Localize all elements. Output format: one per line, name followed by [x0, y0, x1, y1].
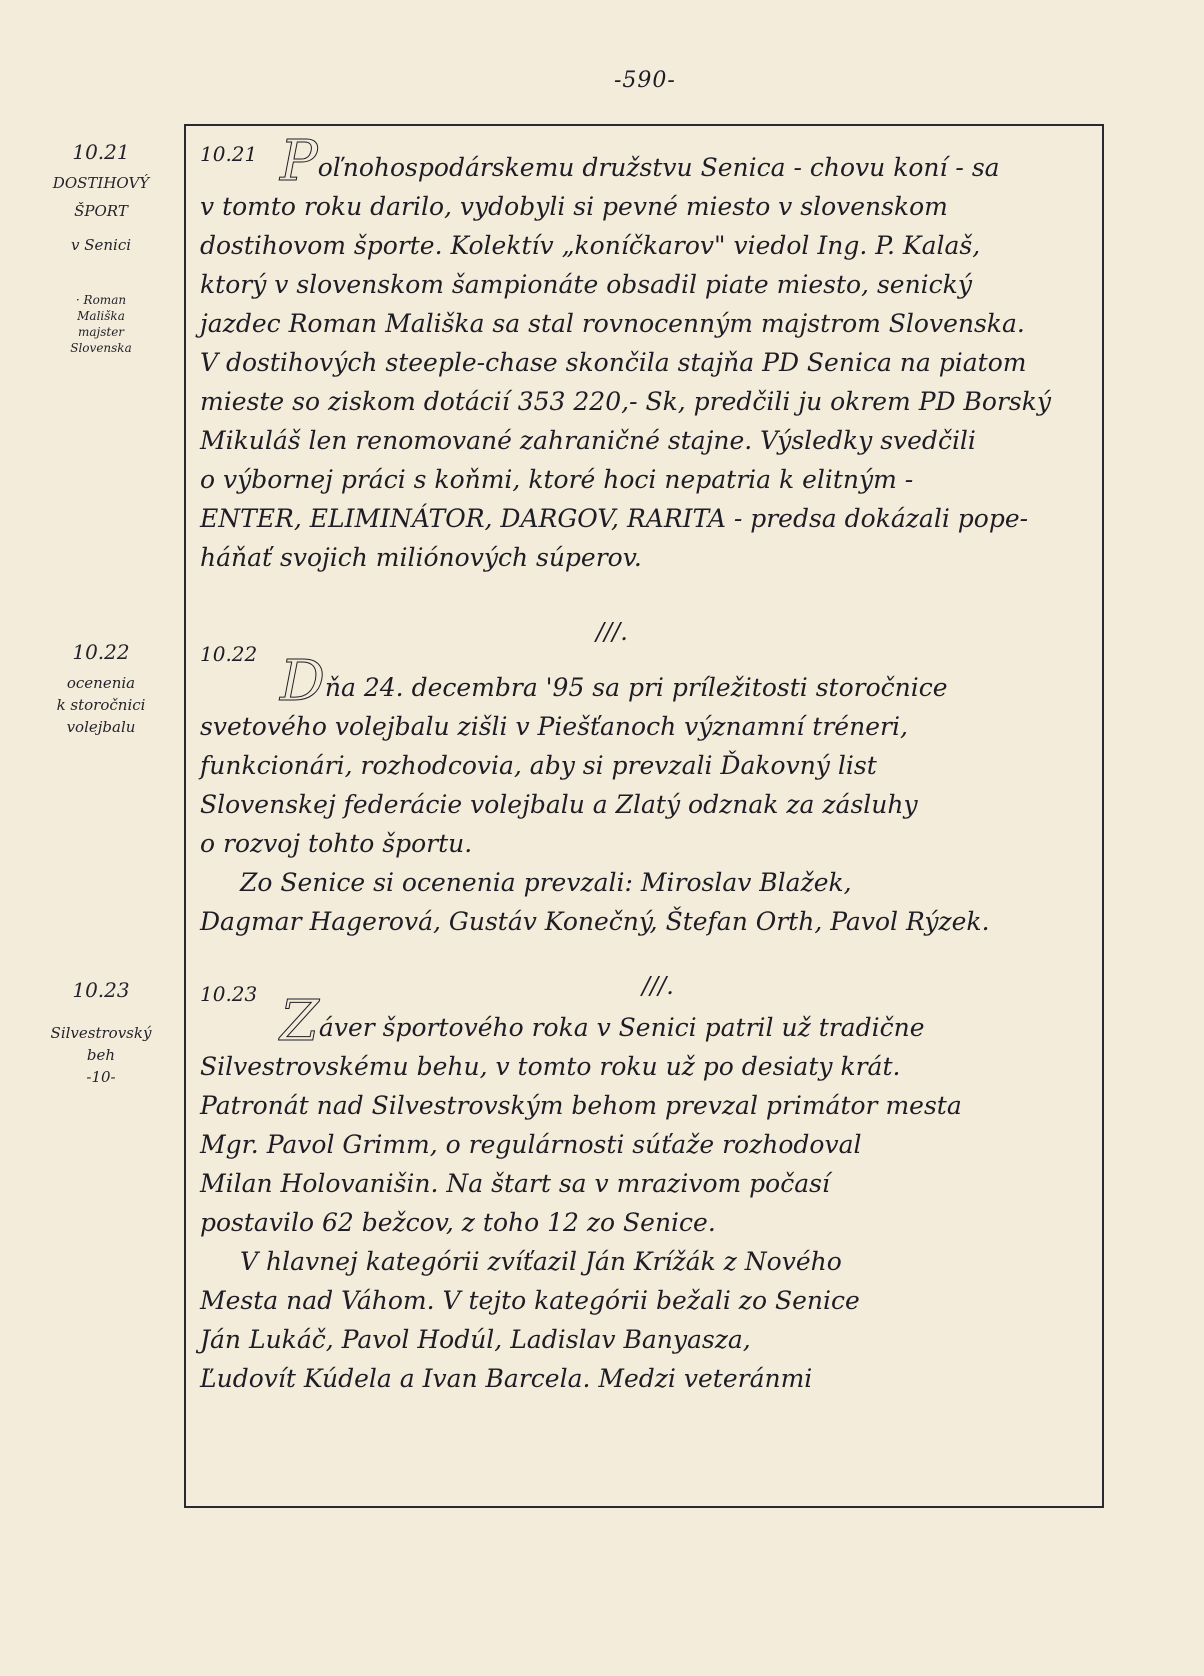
- entry-body: Dňa 24. decembra '95 sa pri príležitosti…: [200, 642, 1084, 941]
- margin-note-line: -10-: [36, 1066, 166, 1088]
- margin-note-line: ŠPORT: [36, 200, 166, 222]
- margin-date: 10.22: [36, 640, 166, 664]
- text-line: V dostihových steeple-chase skončila sta…: [200, 343, 1084, 382]
- margin-note-line: Silvestrovský: [36, 1022, 166, 1044]
- margin-note-line: majster: [36, 324, 166, 340]
- margin-note-line: v Senici: [36, 234, 166, 256]
- text-line: mieste so ziskom dotácií 353 220,- Sk, p…: [200, 382, 1084, 421]
- text-line: Slovenskej federácie volejbalu a Zlatý o…: [200, 785, 1084, 824]
- text-line: Dagmar Hagerová, Gustáv Konečný, Štefan …: [200, 902, 1084, 941]
- margin-note-line: · Roman: [36, 292, 166, 308]
- text-line: Mgr. Pavol Grimm, o regulárnosti súťaže …: [200, 1125, 1084, 1164]
- entry-body: Záver športového roka v Senici patril už…: [200, 982, 1084, 1398]
- decorative-initial: D: [280, 649, 325, 714]
- text-line: Milan Holovanišin. Na štart sa v mrazivo…: [200, 1164, 1084, 1203]
- entry-date: 10.23: [200, 982, 257, 1006]
- entry-date: 10.22: [200, 642, 257, 666]
- entry-date: 10.21: [200, 142, 257, 166]
- text-line: svetového volejbalu zišli v Piešťanoch v…: [200, 707, 1084, 746]
- decorative-initial: P: [280, 129, 318, 194]
- margin-note-line: Slovenska: [36, 340, 166, 356]
- text-line: V hlavnej kategórii zvíťazil Ján Krížák …: [200, 1242, 1084, 1281]
- margin-note-line: Mališka: [36, 308, 166, 324]
- margin-note-10-22: 10.22 ocenenia k storočnici volejbalu: [36, 640, 166, 738]
- entry-10-21: 10.21 Poľnohospodárskemu družstvu Senica…: [200, 142, 1084, 577]
- text-line: Zo Senice si ocenenia prevzali: Miroslav…: [200, 863, 1084, 902]
- text-line: v tomto roku darilo, vydobyli si pevné m…: [200, 187, 1084, 226]
- entry-10-23: 10.23 Záver športového roka v Senici pat…: [200, 982, 1084, 1398]
- margin-date: 10.21: [36, 140, 166, 164]
- text-frame: 10.21 Poľnohospodárskemu družstvu Senica…: [184, 124, 1104, 1508]
- text-line: áver športového roka v Senici patril už …: [319, 1013, 925, 1042]
- text-line: Ľudovít Kúdela a Ivan Barcela. Medzi vet…: [200, 1359, 1084, 1398]
- margin-date: 10.23: [36, 978, 166, 1002]
- text-line: o výbornej práci s koňmi, ktoré hoci nep…: [200, 460, 1084, 499]
- margin-note-line: k storočnici: [36, 694, 166, 716]
- decorative-initial: Z: [280, 989, 319, 1054]
- margin-note-10-21: 10.21 DOSTIHOVÝ ŠPORT v Senici · Roman M…: [36, 140, 166, 356]
- text-line: Silvestrovskému behu, v tomto roku už po…: [200, 1047, 1084, 1086]
- margin-note-line: volejbalu: [36, 716, 166, 738]
- text-line: háňať svojich miliónových súperov.: [200, 538, 1084, 577]
- text-line: oľnohospodárskemu družstvu Senica - chov…: [318, 153, 1000, 182]
- text-line: postavilo 62 bežcov, z toho 12 zo Senice…: [200, 1203, 1084, 1242]
- text-line: ENTER, ELIMINÁTOR, DARGOV, RARITA - pred…: [200, 499, 1084, 538]
- text-line: dostihovom športe. Kolektív „koníčkarov"…: [200, 226, 1084, 265]
- entry-body: Poľnohospodárskemu družstvu Senica - cho…: [200, 142, 1084, 577]
- margin-note-line: beh: [36, 1044, 166, 1066]
- text-line: Mesta nad Váhom. V tejto kategórii bežal…: [200, 1281, 1084, 1320]
- margin-note-line: DOSTIHOVÝ: [36, 172, 166, 194]
- text-line: ňa 24. decembra '95 sa pri príležitosti …: [325, 673, 948, 702]
- text-line: funkcionári, rozhodcovia, aby si prevzal…: [200, 746, 1084, 785]
- text-line: jazdec Roman Mališka sa stal rovnocenným…: [200, 304, 1084, 343]
- text-line: Mikuláš len renomované zahraničné stajne…: [200, 421, 1084, 460]
- margin-note-line: ocenenia: [36, 672, 166, 694]
- text-line: Patronát nad Silvestrovským behom prevza…: [200, 1086, 1084, 1125]
- page-number: -590-: [614, 68, 676, 93]
- text-line: o rozvoj tohto športu.: [200, 824, 1084, 863]
- margin-note-10-23: 10.23 Silvestrovský beh -10-: [36, 978, 166, 1088]
- entry-10-22: 10.22 Dňa 24. decembra '95 sa pri prílež…: [200, 642, 1084, 941]
- text-line: Ján Lukáč, Pavol Hodúl, Ladislav Banyasz…: [200, 1320, 1084, 1359]
- text-line: ktorý v slovenskom šampionáte obsadil pi…: [200, 265, 1084, 304]
